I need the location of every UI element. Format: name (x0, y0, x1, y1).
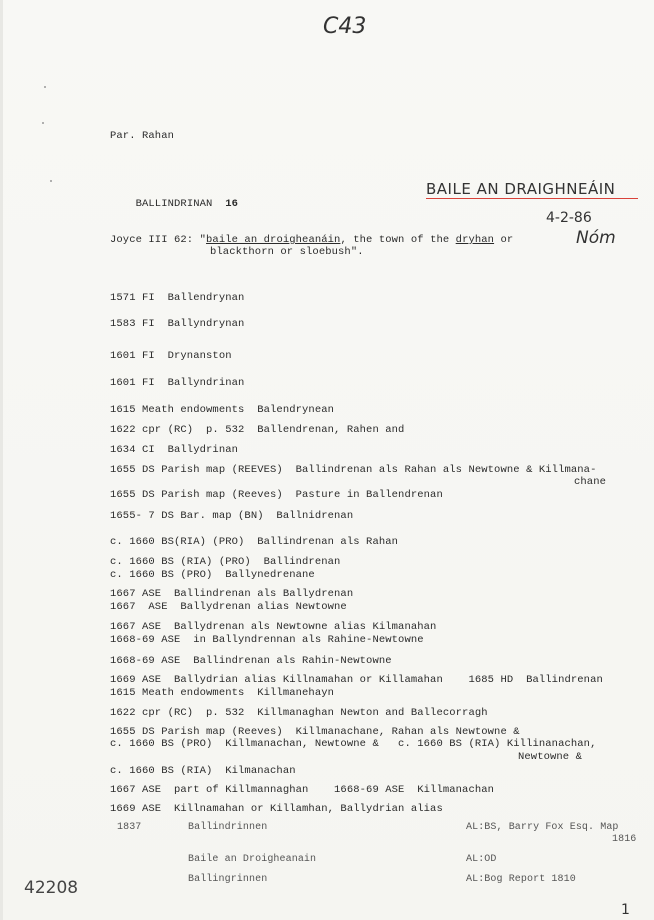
entry: 1622 cpr (RC) p. 532 Killmanaghan Newton… (110, 707, 488, 719)
paper-speck (42, 122, 44, 124)
later-form-source-cont: 1816 (612, 834, 636, 846)
page-edge (0, 0, 3, 920)
entry: 1667 ASE Ballydrenan als Newtowne alias … (110, 621, 436, 633)
dryhan-word: dryhan (456, 234, 494, 246)
entry: 1667 ASE part of Killmannaghan 1668-69 A… (110, 784, 494, 796)
entry: c. 1660 BS(RIA) (PRO) Ballindrenan als R… (110, 536, 398, 548)
catalogue-number-handwritten: 42208 (24, 878, 78, 898)
corner-mark: 1 (621, 902, 630, 918)
entry: 1667 ASE Ballindrenan als Ballydrenan (110, 588, 353, 600)
entry-continuation: chane (574, 476, 606, 488)
entry: c. 1660 BS (RIA) Kilmanachan (110, 765, 296, 777)
entry: 1601 FI Drynanston (110, 350, 232, 362)
entry: 1615 Meath endowments Killmanehayn (110, 687, 334, 699)
entry: 1571 FI Ballendrynan (110, 292, 244, 304)
entry: 1667 ASE Ballydrenan alias Newtowne (110, 601, 347, 613)
irish-form-handwritten: BAILE AN DRAIGHNEÁIN (426, 180, 638, 199)
etymology-line-2: blackthorn or sloebush". (210, 246, 364, 258)
paper-speck (44, 86, 46, 88)
entry: 1622 cpr (RC) p. 532 Ballendrenan, Rahen… (110, 424, 404, 436)
later-form-name: Baile an Droigheanain (188, 854, 316, 866)
file-code-handwritten: C43 (323, 14, 366, 39)
entry: c. 1660 BS (RIA) (PRO) Ballindrenan (110, 556, 340, 568)
entry: c. 1660 BS (PRO) Ballynedrenane (110, 569, 315, 581)
parish-label: Par. Rahan (110, 130, 174, 142)
later-form-source: AL:Bog Report 1810 (466, 874, 576, 886)
irish-etymon: baile an droigheanáin (206, 234, 340, 246)
entry: 1669 ASE Ballydrian alias Killnamahan or… (110, 674, 603, 686)
entry: 1601 FI Ballyndrinan (110, 377, 244, 389)
entry: 1669 ASE Killnamahan or Killamhan, Bally… (110, 803, 443, 815)
later-form-source: AL:OD (466, 854, 497, 866)
townland-title: BALLINDRINAN (136, 198, 213, 210)
townland-number: 16 (225, 198, 238, 210)
entry: c. 1660 BS (PRO) Killmanachan, Newtowne … (110, 738, 596, 750)
document-page: C43 Par. Rahan BALLINDRINAN 16 BAILE AN … (0, 0, 654, 920)
later-form-year: 1837 (117, 822, 141, 834)
entry: 1655 DS Parish map (Reeves) Killmanachan… (110, 726, 520, 738)
entry: 1634 CI Ballydrinan (110, 444, 238, 456)
entry: 1655 DS Parish map (REEVES) Ballindrenan… (110, 464, 596, 476)
initials-handwritten: Nóm (576, 228, 616, 248)
entry: 1668-69 ASE Ballindrenan als Rahin-Newto… (110, 655, 392, 667)
later-form-source: AL:BS, Barry Fox Esq. Map (466, 822, 619, 834)
later-form-name: Ballindrinnen (188, 822, 267, 834)
entry: 1655- 7 DS Bar. map (BN) Ballnidrenan (110, 510, 353, 522)
entry: 1583 FI Ballyndrynan (110, 318, 244, 330)
entry-continuation: Newtowne & (518, 751, 582, 763)
etymology-line-1: Joyce III 62: "baile an droigheanáin, th… (110, 234, 513, 246)
date-handwritten: 4-2-86 (546, 210, 592, 226)
townland-name: BALLINDRINAN 16 (110, 186, 238, 222)
entry: 1615 Meath endowments Balendrynean (110, 404, 334, 416)
entry: 1668-69 ASE in Ballyndrennan als Rahine-… (110, 634, 424, 646)
entry: 1655 DS Parish map (Reeves) Pasture in B… (110, 489, 443, 501)
later-form-name: Ballingrinnen (188, 874, 267, 886)
paper-speck (50, 180, 52, 182)
